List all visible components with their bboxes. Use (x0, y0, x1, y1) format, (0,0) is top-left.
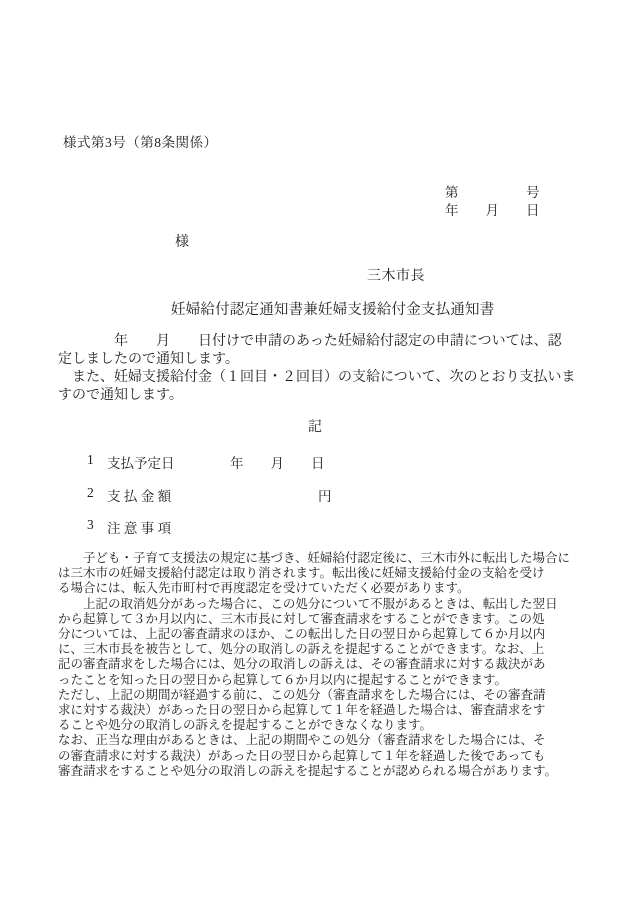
item-row-notes-heading: 3 注 意 事 項 (87, 517, 577, 535)
item-label: 支 払 金 額 (107, 485, 171, 505)
addressee-honorific: 様 (175, 231, 189, 251)
item-number: 1 (87, 452, 94, 468)
item-value: 円 (318, 485, 332, 505)
item-number: 3 (87, 517, 94, 533)
notes-paragraph-justifiable-reason: なお、正当な理由があるときは、上記の期間やこの処分（審査請求をした場合には、そ … (58, 733, 576, 779)
notes-paragraph-transfer-cancellation: 子ども・子育て支援法の規定に基づき、妊婦給付認定後に、三木市外に転出した場合に … (58, 551, 576, 597)
document-title: 妊婦給付認定通知書兼妊婦支援給付金支払通知書 (171, 298, 494, 319)
document-page: 様式第3号（第8条関係） 第 号 年 月 日 様 三木市長 妊婦給付認定通知書兼… (0, 0, 630, 903)
item-label: 支払予定日 (107, 452, 175, 472)
form-number-label: 様式第3号（第8条関係） (63, 131, 218, 151)
notes-section: 子ども・子育て支援法の規定に基づき、妊婦給付認定後に、三木市外に転出した場合に … (58, 551, 576, 779)
item-number: 2 (87, 485, 94, 501)
item-row-payment-date: 1 支払予定日 年 月 日 (87, 452, 577, 470)
item-value: 年 月 日 (230, 452, 325, 472)
sender-title: 三木市長 (367, 265, 425, 285)
item-row-payment-amount: 2 支 払 金 額 円 (87, 485, 577, 503)
reference-number-line: 第 号 (445, 181, 540, 201)
reference-date-line: 年 月 日 (445, 199, 540, 219)
notes-paragraph-appeal-deadline: ただし、上記の期間が経過する前に、この処分（審査請求をした場合には、その審査請 … (58, 688, 576, 734)
ki-marker: 記 (0, 416, 630, 436)
body-paragraph: 年 月 日付けで申請のあった妊婦給付認定の申請については、認 定しましたので通知… (58, 333, 576, 405)
item-label: 注 意 事 項 (107, 517, 171, 537)
notes-paragraph-appeal-rights: 上記の取消処分があった場合に、この処分について不服があるときは、転出した翌日 か… (58, 597, 576, 688)
